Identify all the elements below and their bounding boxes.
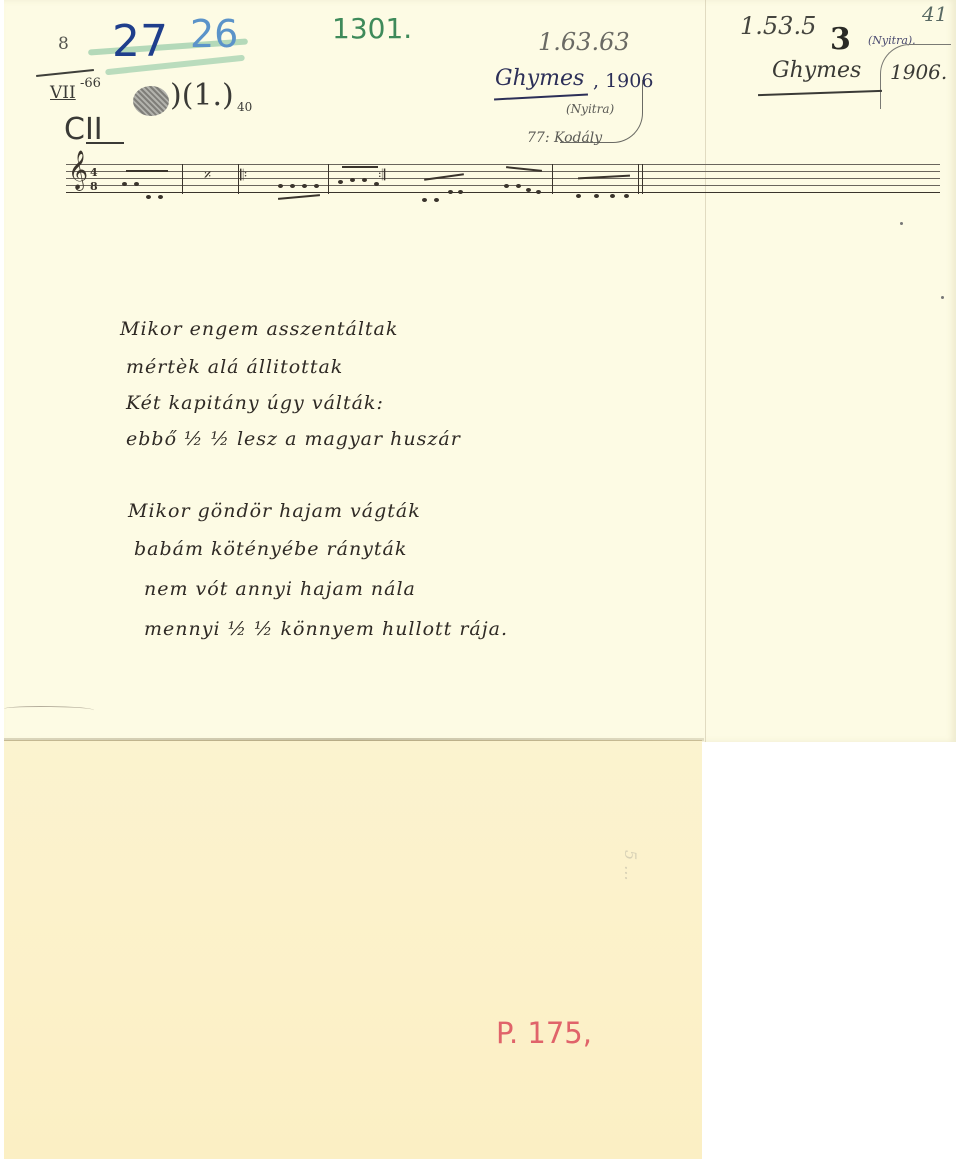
staff-line: [66, 171, 940, 172]
lyric-line: Mikor engem asszentáltak: [120, 318, 398, 340]
note: [610, 194, 615, 198]
archive-small-number: 8: [58, 34, 69, 54]
note: [594, 194, 599, 198]
lyric-line: nem vót annyi hajam nála: [144, 578, 416, 600]
note: [338, 180, 343, 184]
note: [362, 178, 367, 182]
repeat-start-icon: 𝄆: [240, 166, 247, 184]
paper-seam: [705, 0, 706, 742]
note: [624, 194, 629, 198]
note: [290, 184, 295, 188]
note: [526, 188, 531, 192]
treble-clef-icon: 𝄞: [68, 150, 88, 190]
right-year: 1906.: [890, 60, 947, 84]
staff-line: [66, 178, 940, 179]
class-mark-underline: [86, 142, 124, 144]
catalog-number-blue: 27: [112, 16, 168, 67]
scribbled-out-mark: [133, 86, 169, 116]
subscript-number: 40: [237, 100, 252, 114]
faint-pencil-note: 5 ...: [621, 850, 640, 881]
right-place-name: Ghymes: [772, 58, 861, 83]
catalog-number-lightblue: 26: [190, 12, 238, 56]
roman-numeral: VII: [50, 83, 76, 103]
music-staff: 𝄞 4 8 𝄎 𝄆 𝄇: [66, 160, 940, 200]
note: [278, 184, 283, 188]
note: [350, 178, 355, 182]
barline: [238, 164, 239, 194]
beam: [278, 194, 320, 200]
note: [536, 190, 541, 194]
barline: [552, 164, 553, 194]
lyric-line: babám kötényébe rányták: [134, 538, 407, 560]
lyric-line: mennyi ½ ½ könnyem hullott rája.: [144, 618, 508, 640]
note: [422, 198, 427, 202]
lyric-line: Két kapitány úgy válták:: [126, 392, 384, 414]
page-number: 41: [922, 2, 947, 26]
parenthetical-one: )(1.): [170, 78, 234, 113]
time-signature-top: 4: [90, 168, 98, 178]
right-reference-code: 1.53.5: [740, 12, 816, 40]
time-signature-bottom: 8: [90, 182, 98, 192]
beam: [424, 173, 464, 181]
note: [448, 190, 453, 194]
lyric-line: ebbő ½ ½ lesz a magyar huszár: [126, 428, 461, 450]
repeat-end-icon: 𝄇: [378, 166, 385, 184]
ink-speck: [900, 222, 903, 225]
note: [134, 182, 139, 186]
note: [504, 184, 509, 188]
roman-suffix: -66: [80, 76, 101, 91]
note: [302, 184, 307, 188]
final-barline: [638, 164, 639, 194]
note: [434, 198, 439, 202]
final-barline: [642, 164, 643, 194]
measure-repeat-icon: 𝄎: [204, 166, 211, 184]
collector-name: 77: Kodály: [527, 130, 602, 146]
green-catalog-number: 1301.: [332, 12, 412, 45]
right-reference-suffix: 3: [830, 22, 851, 57]
red-page-mark: P. 175,: [496, 1016, 592, 1050]
lower-sheet: [4, 740, 702, 1159]
note: [576, 194, 581, 198]
barline: [328, 164, 329, 194]
ink-speck: [941, 296, 944, 299]
county-name: (Nyitra): [566, 102, 614, 116]
beam: [342, 166, 378, 168]
lyric-line: Mikor göndör hajam vágták: [128, 500, 421, 522]
note: [314, 184, 319, 188]
note: [458, 190, 463, 194]
staff-line: [66, 185, 940, 186]
staff-line: [66, 164, 940, 165]
staff-line: [66, 192, 940, 193]
fold-line: [4, 738, 704, 741]
beam: [126, 170, 168, 172]
paper-tear: [4, 706, 94, 713]
note: [146, 195, 151, 199]
note: [516, 184, 521, 188]
lyric-line: mértèk alá állitottak: [126, 356, 343, 378]
barline: [182, 164, 183, 194]
note: [158, 195, 163, 199]
reference-code: 1.63.63: [538, 28, 630, 56]
note: [122, 182, 127, 186]
